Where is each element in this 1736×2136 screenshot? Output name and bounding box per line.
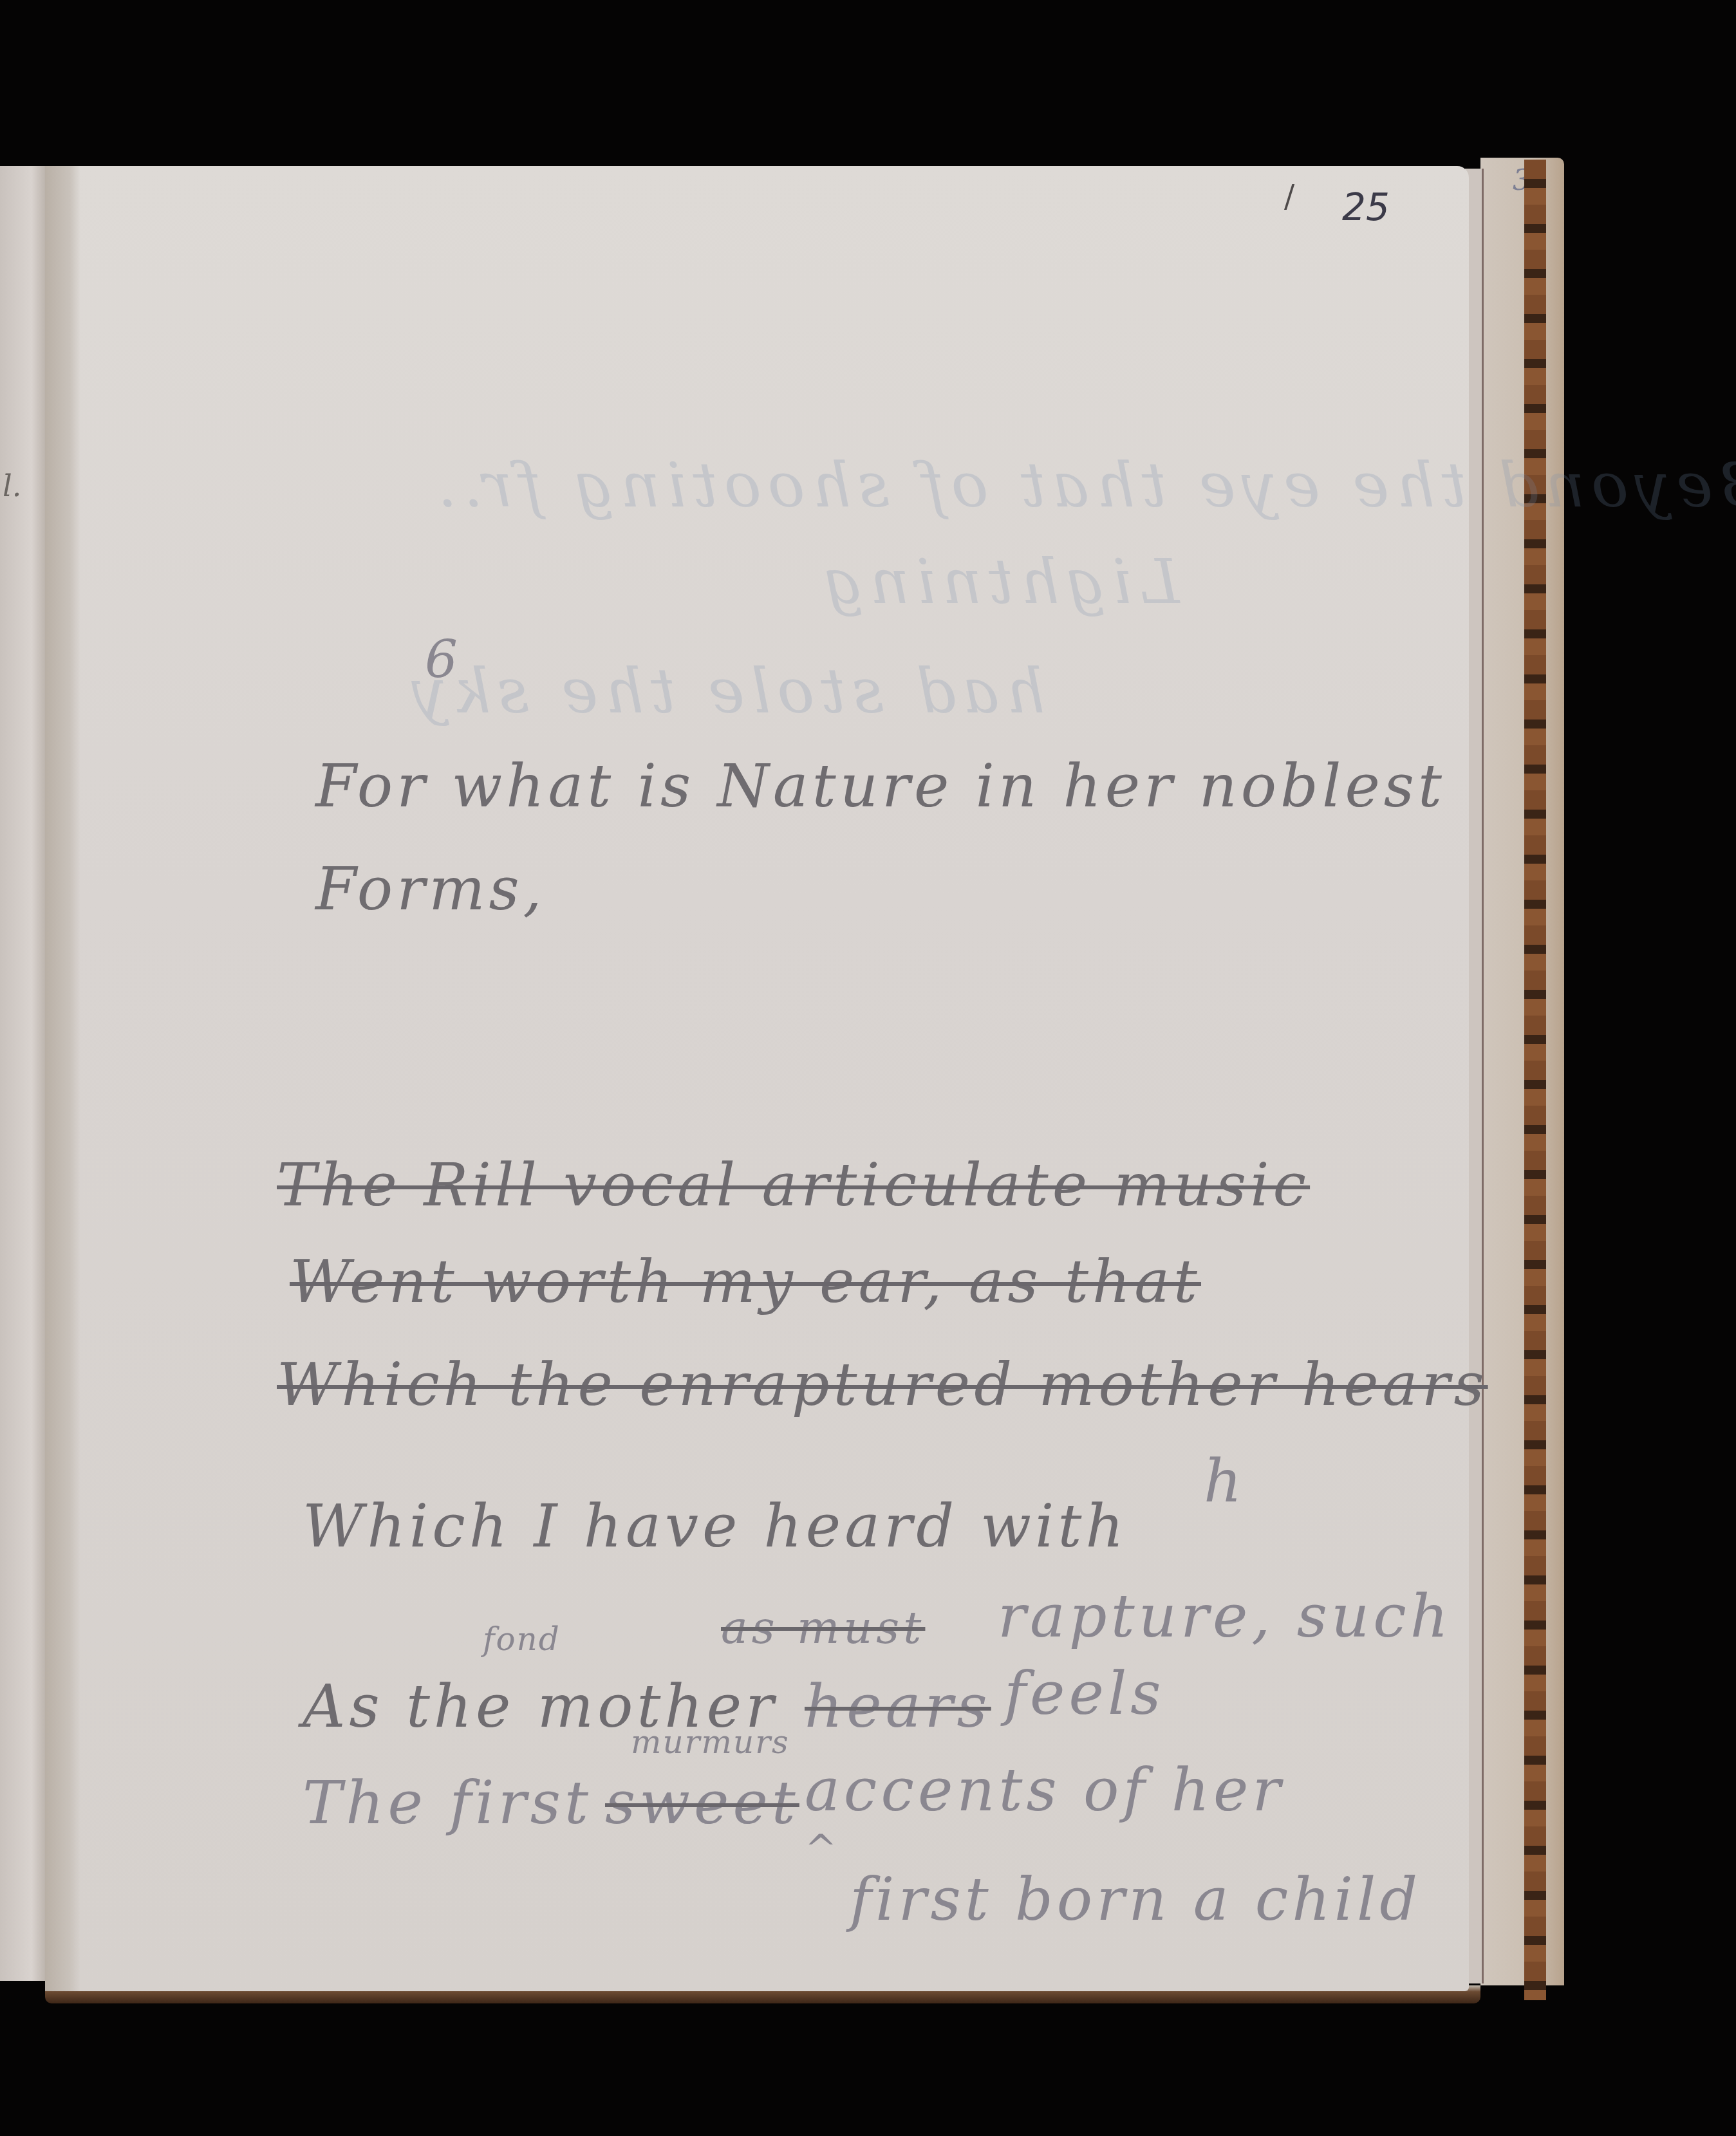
insertion-caret: ^ bbox=[805, 1826, 841, 1871]
manuscript-line: feels bbox=[1004, 1659, 1165, 1728]
manuscript-line: accents of her bbox=[805, 1756, 1284, 1825]
interlinear-insert: fond bbox=[483, 1621, 561, 1658]
bleed-through-text: had stole the sky bbox=[406, 655, 1045, 727]
struck-word: as must bbox=[721, 1601, 925, 1654]
folio-number: 25 bbox=[1342, 185, 1390, 229]
leather-binding bbox=[1524, 160, 1546, 2000]
interlinear-insert: murmurs bbox=[631, 1723, 790, 1761]
facing-left-page: l. bbox=[0, 166, 46, 1981]
manuscript-line: The first bbox=[303, 1769, 592, 1837]
struck-line: The Rill vocal articulate music bbox=[277, 1151, 1310, 1220]
manuscript-line: rapture, such bbox=[998, 1582, 1452, 1651]
left-page-margin-marks: l. bbox=[3, 469, 21, 503]
struck-line: Which the enraptured mother hears bbox=[277, 1350, 1488, 1419]
gutter-shadow bbox=[45, 166, 80, 1991]
pencil-tick-mark: / bbox=[1284, 179, 1294, 215]
manuscript-line: Which I have heard with bbox=[303, 1492, 1128, 1561]
manuscript-line: Forms, bbox=[315, 855, 546, 924]
struck-word: hears bbox=[805, 1672, 991, 1741]
manuscript-insert: h bbox=[1204, 1447, 1246, 1516]
torn-flyleaf: 3 bbox=[1480, 158, 1564, 1985]
bleed-through-text: Beyond the eye that of shooting fr.. bbox=[431, 449, 1736, 521]
manuscript-line: first born a child bbox=[850, 1865, 1421, 1934]
manuscript-line: For what is Nature in her noblest bbox=[315, 752, 1446, 821]
bleed-through-text: Lightning bbox=[817, 546, 1179, 618]
section-marker: 6 bbox=[425, 629, 462, 689]
struck-line: Went worth my ear, as that bbox=[290, 1247, 1201, 1316]
struck-word: sweet bbox=[605, 1769, 799, 1837]
manuscript-page: Beyond the eye that of shooting fr.. Lig… bbox=[45, 166, 1469, 1991]
